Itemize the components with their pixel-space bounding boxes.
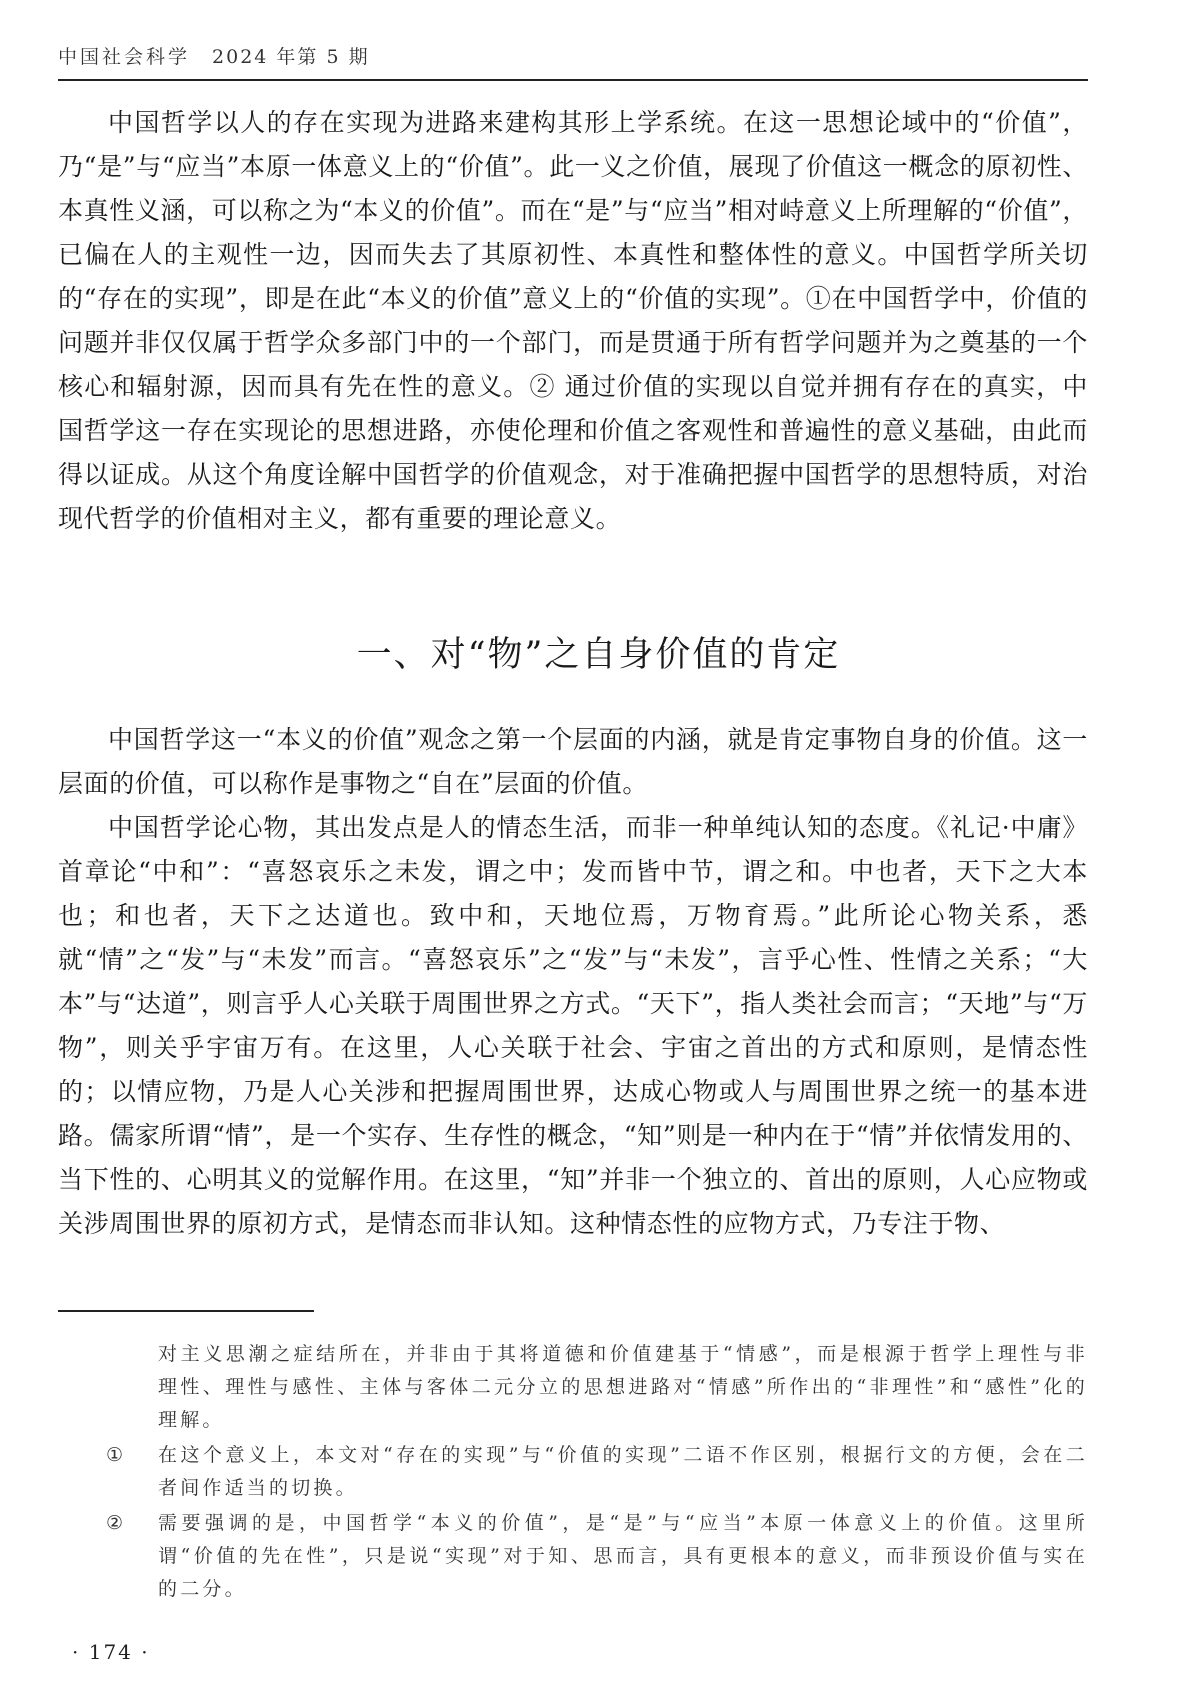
journal-name: 中国社会科学 xyxy=(58,46,190,68)
footnote-1: ① 在这个意义上，本文对“存在的实现”与“价值的实现”二语不作区别，根据行文的方… xyxy=(58,1439,1088,1505)
running-head: 中国社会科学2024 年第 5 期 xyxy=(58,42,370,69)
footnotes: 对主义思潮之症结所在，并非由于其将道德和价值建基于“情感”，而是根源于哲学上理性… xyxy=(58,1338,1088,1606)
page-number: · 174 · xyxy=(72,1640,150,1664)
footnote-continued: 对主义思潮之症结所在，并非由于其将道德和价值建基于“情感”，而是根源于哲学上理性… xyxy=(58,1338,1088,1437)
section-paragraph: 中国哲学这一“本义的价值”观念之第一个层面的内涵，就是肯定事物自身的价值。这一层… xyxy=(58,718,1088,806)
intro-paragraph: 中国哲学以人的存在实现为进路来建构其形上学系统。在这一思想论域中的“价值”，乃“… xyxy=(58,101,1088,541)
footnote-text: 在这个意义上，本文对“存在的实现”与“价值的实现”二语不作区别，根据行文的方便，… xyxy=(158,1444,1088,1499)
footnote-text: 对主义思潮之症结所在，并非由于其将道德和价值建基于“情感”，而是根源于哲学上理性… xyxy=(158,1343,1088,1431)
section-body: 中国哲学这一“本义的价值”观念之第一个层面的内涵，就是肯定事物自身的价值。这一层… xyxy=(58,718,1088,1246)
footnote-mark: ① xyxy=(106,1439,123,1472)
issue-label: 2024 年第 5 期 xyxy=(212,46,370,68)
footnote-2: ② 需要强调的是，中国哲学“本义的价值”，是“是”与“应当”本原一体意义上的价值… xyxy=(58,1507,1088,1606)
section-title: 一、对“物”之自身价值的肯定 xyxy=(0,630,1197,680)
footnote-text: 需要强调的是，中国哲学“本义的价值”，是“是”与“应当”本原一体意义上的价值。这… xyxy=(158,1512,1088,1600)
section-paragraph: 中国哲学论心物，其出发点是人的情态生活，而非一种单纯认知的态度。《礼记·中庸》首… xyxy=(58,806,1088,1246)
intro-block: 中国哲学以人的存在实现为进路来建构其形上学系统。在这一思想论域中的“价值”，乃“… xyxy=(58,101,1088,541)
header-rule xyxy=(58,79,1088,81)
footnote-mark: ② xyxy=(106,1507,123,1540)
footnote-rule xyxy=(58,1310,314,1312)
